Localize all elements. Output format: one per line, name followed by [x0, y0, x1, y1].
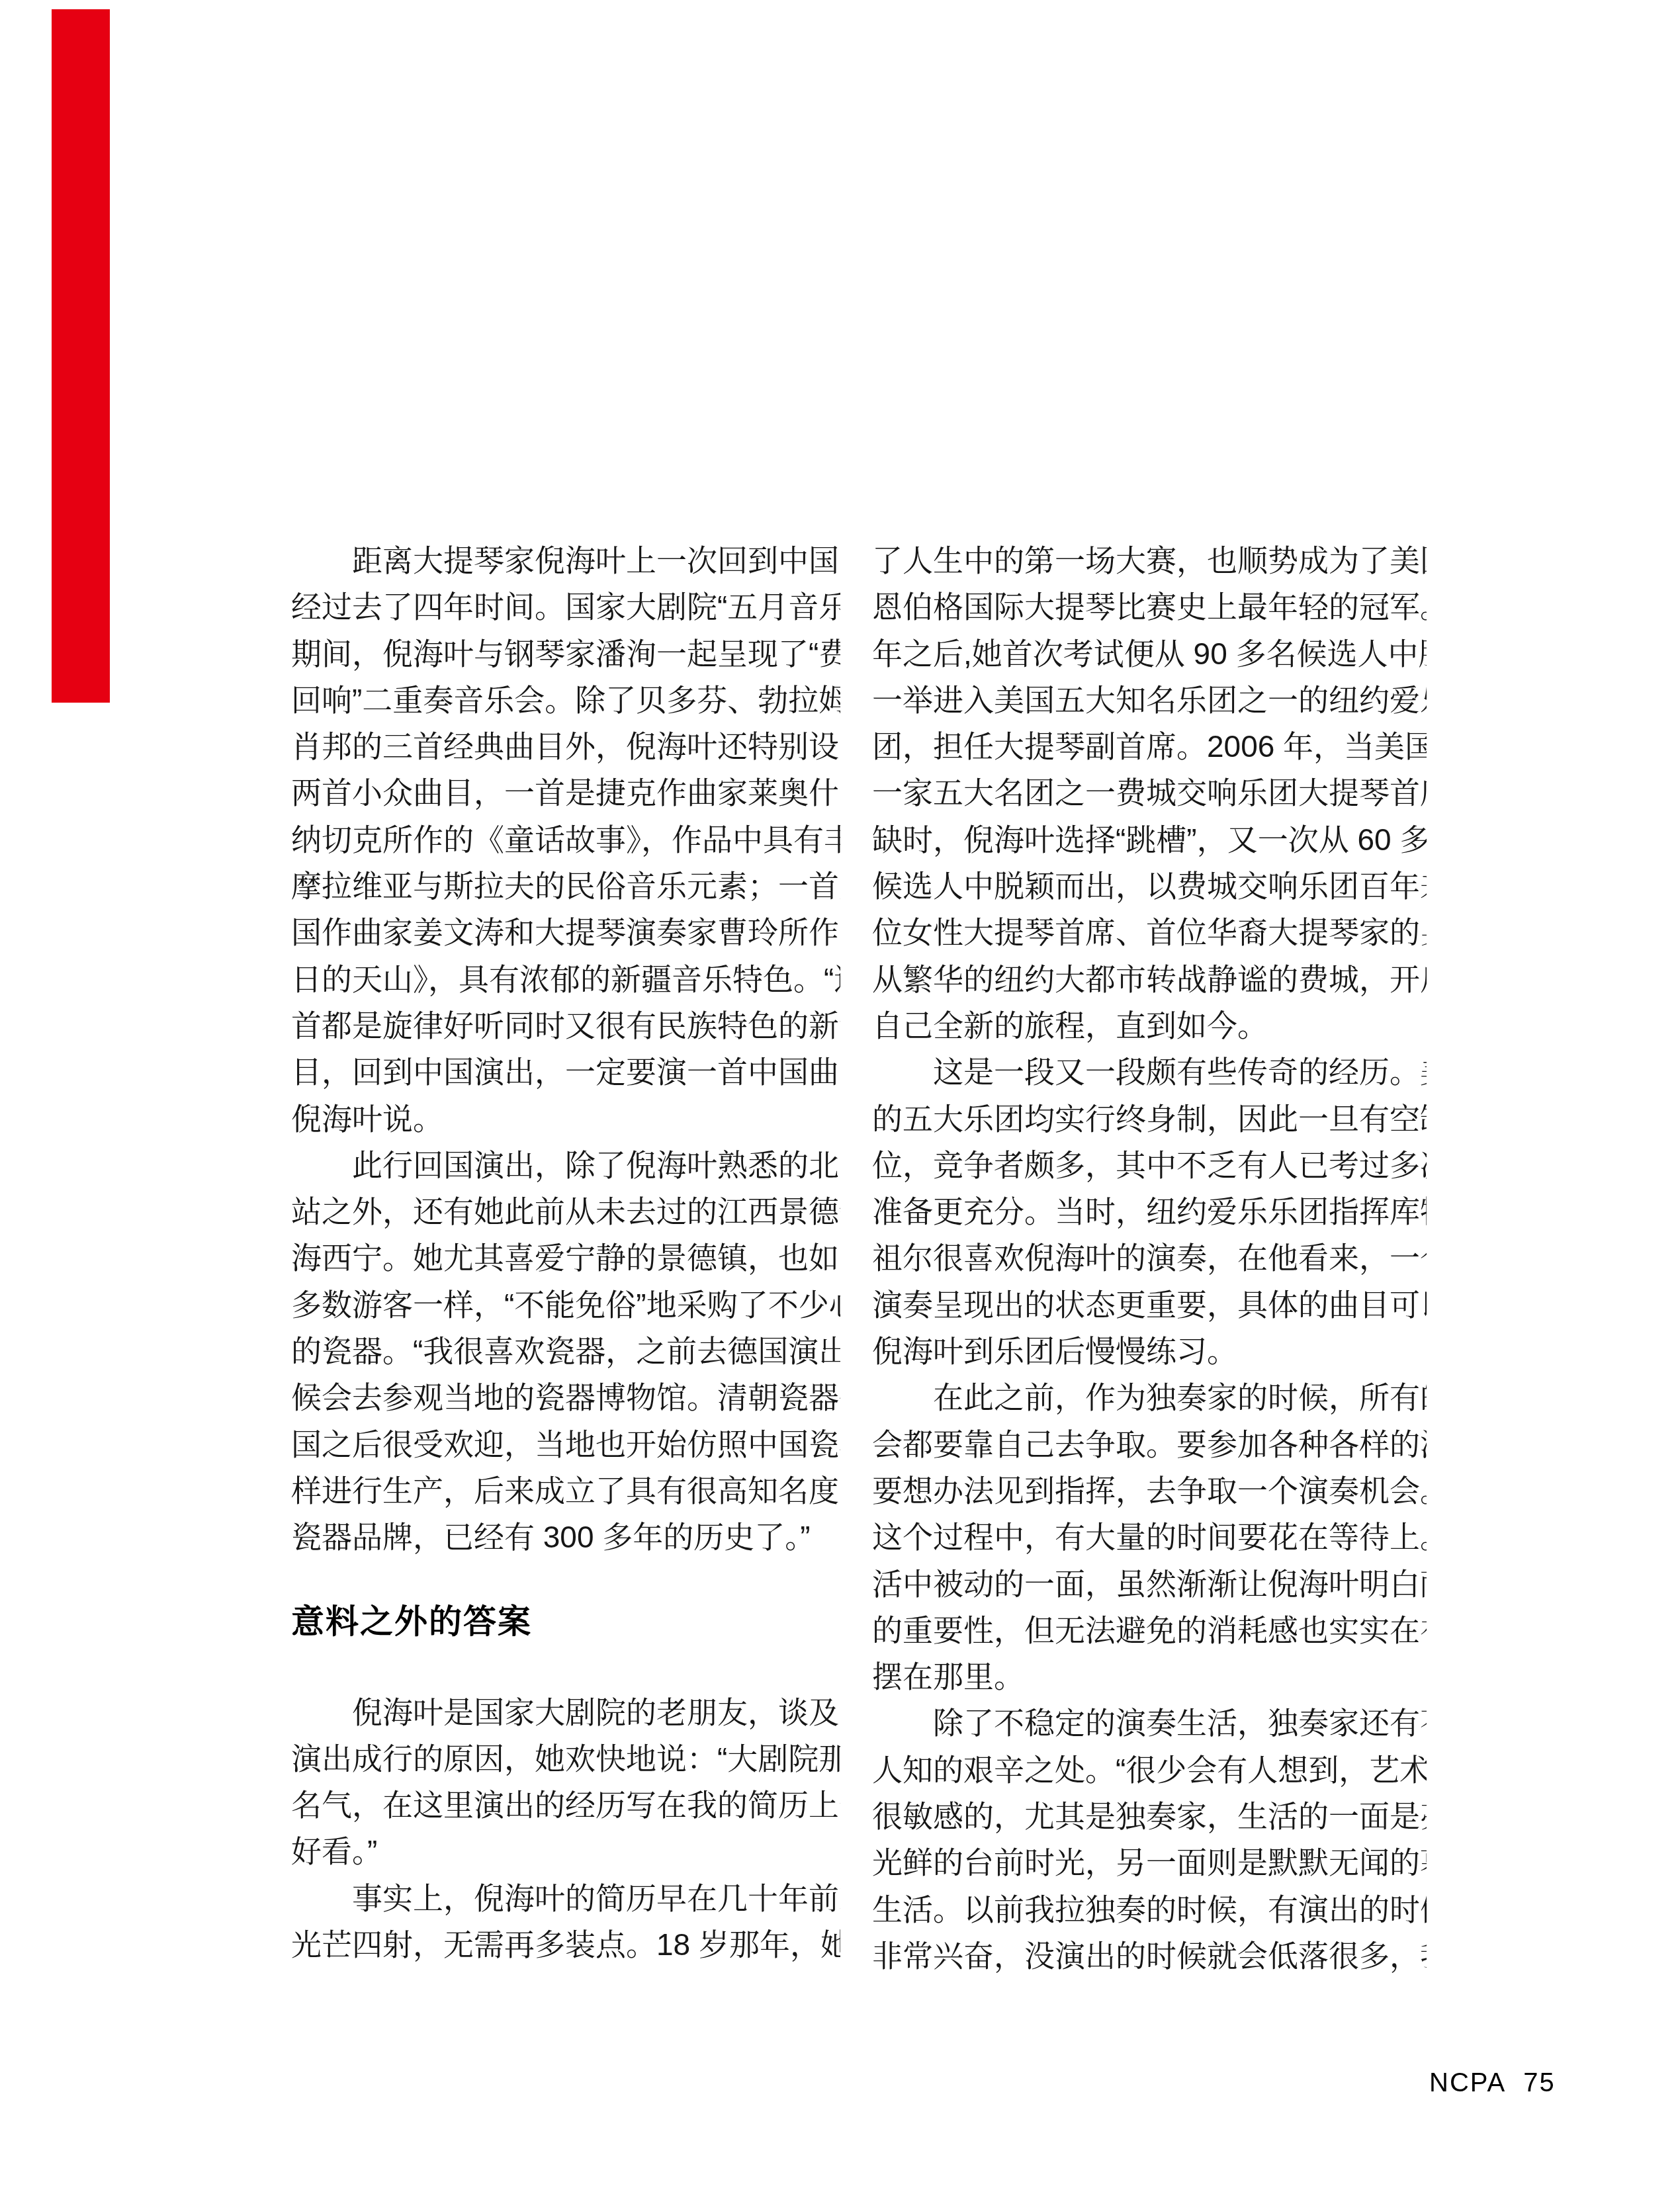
text-line: 位，竞争者颇多，其中不乏有人已考过多次，: [872, 1142, 1427, 1188]
text-line: 距离大提琴家倪海叶上一次回到中国，已: [291, 537, 840, 584]
text-line: 位女性大提琴首席、首位华裔大提琴家的身份，: [872, 909, 1427, 955]
text-line: 活中被动的一面，虽然渐渐让倪海叶明白耐心: [872, 1561, 1427, 1607]
text-line: 了人生中的第一场大赛，也顺势成为了美国诺: [872, 537, 1427, 584]
text-line: 国作曲家姜文涛和大提琴演奏家曹玲所作的《节: [291, 909, 840, 955]
text-line: 自己全新的旅程，直到如今。: [872, 1002, 1427, 1049]
text-line: 多数游客一样，“不能免俗”地采购了不少心仪: [291, 1282, 840, 1328]
page-footer: NCPA 75: [1429, 2068, 1556, 2098]
text-line: 准备更充分。当时，纽约爱乐乐团指挥库特·马: [872, 1188, 1427, 1235]
text-line: 年之后,她首次考试便从 90 多名候选人中胜出，: [872, 631, 1427, 677]
text-line: 从繁华的纽约大都市转战静谧的费城，开启了: [872, 956, 1427, 1002]
text-line: 期间，倪海叶与钢琴家潘洵一起呈现了“费城: [291, 631, 840, 677]
left-column-text-after-heading: 倪海叶是国家大剧院的老朋友，谈及此次演出成行的原因，她欢快地说：“大剧院那么有名…: [291, 1689, 840, 1968]
text-line: 光鲜的台前时光，另一面则是默默无闻的幕后: [872, 1839, 1427, 1886]
text-line: 海西宁。她尤其喜爱宁静的景德镇，也如同绝大: [291, 1235, 840, 1281]
text-line: 的五大乐团均实行终身制，因此一旦有空缺岗: [872, 1096, 1427, 1142]
text-line: 一家五大名团之一费城交响乐团大提琴首席空: [872, 769, 1427, 816]
right-column: 了人生中的第一场大赛，也顺势成为了美国诺恩伯格国际大提琴比赛史上最年轻的冠军。九…: [872, 537, 1427, 1979]
text-line: 日的天山》，具有浓郁的新疆音乐特色。“这两: [291, 956, 840, 1002]
text-line: 首都是旋律好听同时又很有民族特色的新鲜曲: [291, 1002, 840, 1049]
text-line: 摩拉维亚与斯拉夫的民俗音乐元素；一首是中: [291, 863, 840, 909]
text-line: 要想办法见到指挥，去争取一个演奏机会。在: [872, 1467, 1427, 1514]
text-line: 恩伯格国际大提琴比赛史上最年轻的冠军。九: [872, 584, 1427, 630]
text-line: 人知的艰辛之处。“很少会有人想到，艺术家是: [872, 1747, 1427, 1793]
text-line: 倪海叶是国家大剧院的老朋友，谈及此次: [291, 1689, 840, 1735]
text-line: 演奏呈现出的状态更重要，具体的曲目可以等: [872, 1282, 1427, 1328]
text-line: 生活。以前我拉独奏的时候，有演出的时候会: [872, 1886, 1427, 1933]
text-line: 回响”二重奏音乐会。除了贝多芬、勃拉姆斯、: [291, 677, 840, 723]
text-line: 的瓷器。“我很喜欢瓷器，之前去德国演出的时: [291, 1328, 840, 1374]
text-line: 国之后很受欢迎，当地也开始仿照中国瓷器的式: [291, 1421, 840, 1467]
text-line: 祖尔很喜欢倪海叶的演奏，在他看来，一个人: [872, 1235, 1427, 1281]
text-line: 一举进入美国五大知名乐团之一的纽约爱乐乐: [872, 677, 1427, 723]
text-line: 光芒四射，无需再多装点。18 岁那年，她迎来: [291, 1921, 840, 1968]
text-line: 在此之前，作为独奏家的时候，所有的机: [872, 1374, 1427, 1421]
red-accent-bar: [52, 9, 110, 703]
text-line: 演出成行的原因，她欢快地说：“大剧院那么有: [291, 1735, 840, 1782]
text-line: 候选人中脱颖而出，以费城交响乐团百年来首: [872, 863, 1427, 909]
text-line: 倪海叶到乐团后慢慢练习。: [872, 1328, 1427, 1374]
text-line: 缺时，倪海叶选择“跳槽”，又一次从 60 多名: [872, 816, 1427, 863]
text-line: 此行回国演出，除了倪海叶熟悉的北上广: [291, 1142, 840, 1188]
text-line: 经过去了四年时间。国家大剧院“五月音乐节”: [291, 584, 840, 630]
page-number: 75: [1523, 2068, 1556, 2098]
text-line: 事实上，倪海叶的简历早在几十年前就已: [291, 1875, 840, 1921]
section-heading: 意料之外的答案: [291, 1603, 840, 1640]
text-line: 这是一段又一段颇有些传奇的经历。美国: [872, 1049, 1427, 1095]
text-line: 团，担任大提琴副首席。2006 年，当美国另: [872, 723, 1427, 769]
text-line: 除了不稳定的演奏生活，独奏家还有不为: [872, 1700, 1427, 1746]
text-line: 候会去参观当地的瓷器博物馆。清朝瓷器传入德: [291, 1374, 840, 1421]
left-column: 距离大提琴家倪海叶上一次回到中国，已经过去了四年时间。国家大剧院“五月音乐节”期…: [291, 537, 840, 1968]
magazine-page: 距离大提琴家倪海叶上一次回到中国，已经过去了四年时间。国家大剧院“五月音乐节”期…: [0, 0, 1680, 2188]
text-line: 名气，在这里演出的经历写在我的简历上会很: [291, 1782, 840, 1828]
text-line: 肖邦的三首经典曲目外，倪海叶还特别设计了: [291, 723, 840, 769]
text-line: 两首小众曲目，一首是捷克作曲家莱奥什·雅: [291, 769, 840, 816]
text-line: 这个过程中，有大量的时间要花在等待上。生: [872, 1514, 1427, 1560]
text-line: 好看。”: [291, 1828, 840, 1874]
text-line: 纳切克所作的《童话故事》，作品中具有丰富的: [291, 816, 840, 863]
text-line: 会都要靠自己去争取。要参加各种各样的活动，: [872, 1421, 1427, 1467]
text-line: 目，回到中国演出，一定要演一首中国曲目。”: [291, 1049, 840, 1095]
text-line: 非常兴奋，没演出的时候就会低落很多，我要: [872, 1933, 1427, 1979]
text-line: 的重要性，但无法避免的消耗感也实实在在地: [872, 1607, 1427, 1653]
left-column-text: 距离大提琴家倪海叶上一次回到中国，已经过去了四年时间。国家大剧院“五月音乐节”期…: [291, 537, 840, 1561]
text-line: 瓷器品牌，已经有 300 多年的历史了。”: [291, 1514, 840, 1560]
text-line: 很敏感的，尤其是独奏家，生活的一面是亮丽: [872, 1793, 1427, 1839]
text-line: 站之外，还有她此前从未去过的江西景德镇与青: [291, 1188, 840, 1235]
text-line: 摆在那里。: [872, 1653, 1427, 1700]
journal-name: NCPA: [1429, 2068, 1506, 2098]
text-line: 倪海叶说。: [291, 1096, 840, 1142]
text-line: 样进行生产，后来成立了具有很高知名度的迈森: [291, 1467, 840, 1514]
right-column-text: 了人生中的第一场大赛，也顺势成为了美国诺恩伯格国际大提琴比赛史上最年轻的冠军。九…: [872, 537, 1427, 1979]
